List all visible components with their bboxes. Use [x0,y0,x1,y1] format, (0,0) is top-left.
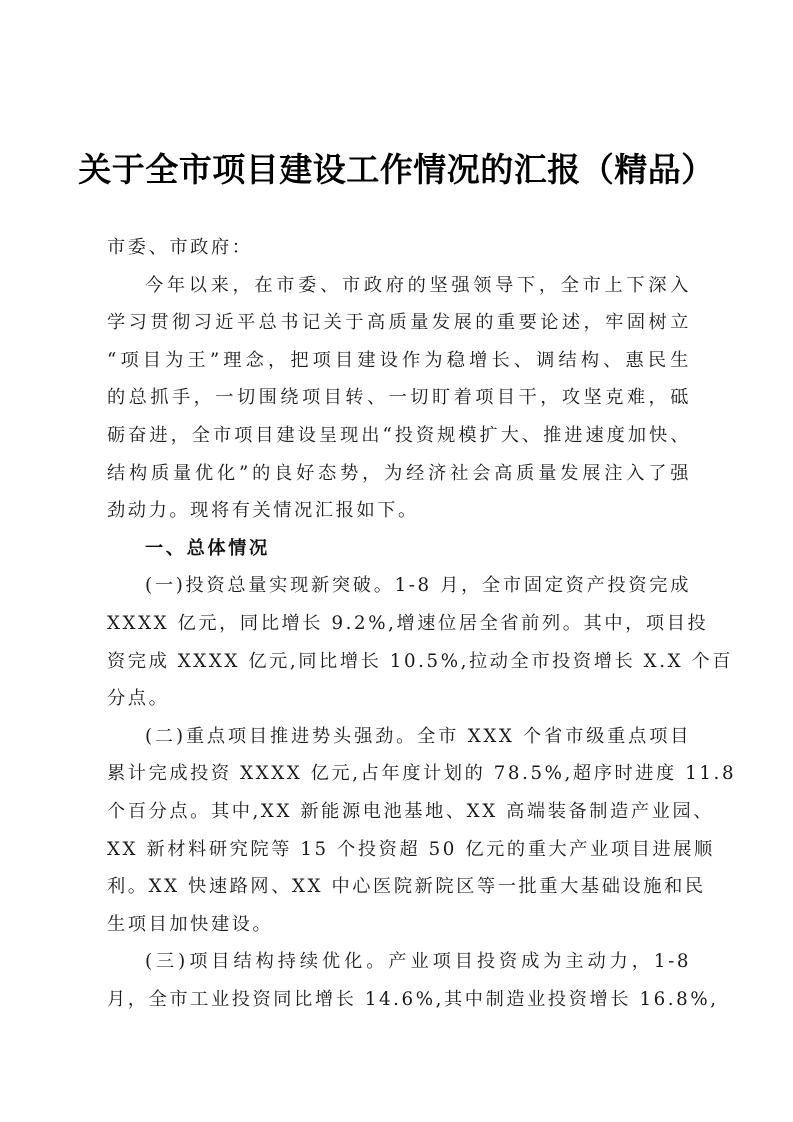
paragraph-line: 劲动力。现将有关情况汇报如下。 [107,492,691,530]
paragraph-line: (二)重点项目推进势头强劲。全市 XXX 个省市级重点项目 [107,718,691,756]
document-page: 关于全市项目建设工作情况的汇报（精品） 市委、市政府： 今年以来，在市委、市政府… [0,0,793,1122]
paragraph-line: 个百分点。其中,XX 新能源电池基地、XX 高端装备制造产业园、 [107,793,691,831]
paragraph-line: “项目为王”理念，把项目建设作为稳增长、调结构、惠民生 [107,342,691,380]
document-body: 市委、市政府： 今年以来，在市委、市政府的坚强领导下，全市上下深入 学习贯彻习近… [107,229,691,1018]
paragraph-project-structure: (三)项目结构持续优化。产业项目投资成为主动力，1-8 月，全市工业投资同比增长… [107,943,691,1018]
paragraph-key-projects: (二)重点项目推进势头强劲。全市 XXX 个省市级重点项目 累计完成投资 XXX… [107,718,691,944]
paragraph-line: 月，全市工业投资同比增长 14.6%,其中制造业投资增长 16.8%, [107,981,691,1019]
paragraph-line: (一)投资总量实现新突破。1-8 月，全市固定资产投资完成 [107,567,691,605]
paragraph-line: XX 新材料研究院等 15 个投资超 50 亿元的重大产业项目进展顺 [107,831,691,869]
paragraph-line: 生项目加快建设。 [107,906,691,944]
paragraph-investment-total: (一)投资总量实现新突破。1-8 月，全市固定资产投资完成 XXXX 亿元，同比… [107,567,691,717]
paragraph-line: 学习贯彻习近平总书记关于高质量发展的重要论述，牢固树立 [107,304,691,342]
paragraph-line: 分点。 [107,680,691,718]
paragraph-line: 累计完成投资 XXXX 亿元,占年度计划的 78.5%,超序时进度 11.8 [107,755,691,793]
paragraph-line: XXXX 亿元，同比增长 9.2%,增速位居全省前列。其中，项目投 [107,605,691,643]
paragraph-line: 利。XX 快速路网、XX 中心医院新院区等一批重大基础设施和民 [107,868,691,906]
paragraph-line: 资完成 XXXX 亿元,同比增长 10.5%,拉动全市投资增长 X.X 个百 [107,643,691,681]
paragraph-line: 今年以来，在市委、市政府的坚强领导下，全市上下深入 [107,267,691,305]
section-heading-overview: 一、总体情况 [107,530,691,568]
paragraph-line: 的总抓手，一切围绕项目转、一切盯着项目干，攻坚克难，砥 [107,379,691,417]
paragraph-line: 砺奋进，全市项目建设呈现出“投资规模扩大、推进速度加快、 [107,417,691,455]
intro-paragraph: 今年以来，在市委、市政府的坚强领导下，全市上下深入 学习贯彻习近平总书记关于高质… [107,267,691,530]
salutation: 市委、市政府： [107,229,691,267]
paragraph-line: 结构质量优化”的良好态势，为经济社会高质量发展注入了强 [107,455,691,493]
paragraph-line: (三)项目结构持续优化。产业项目投资成为主动力，1-8 [107,943,691,981]
document-title: 关于全市项目建设工作情况的汇报（精品） [0,147,793,193]
